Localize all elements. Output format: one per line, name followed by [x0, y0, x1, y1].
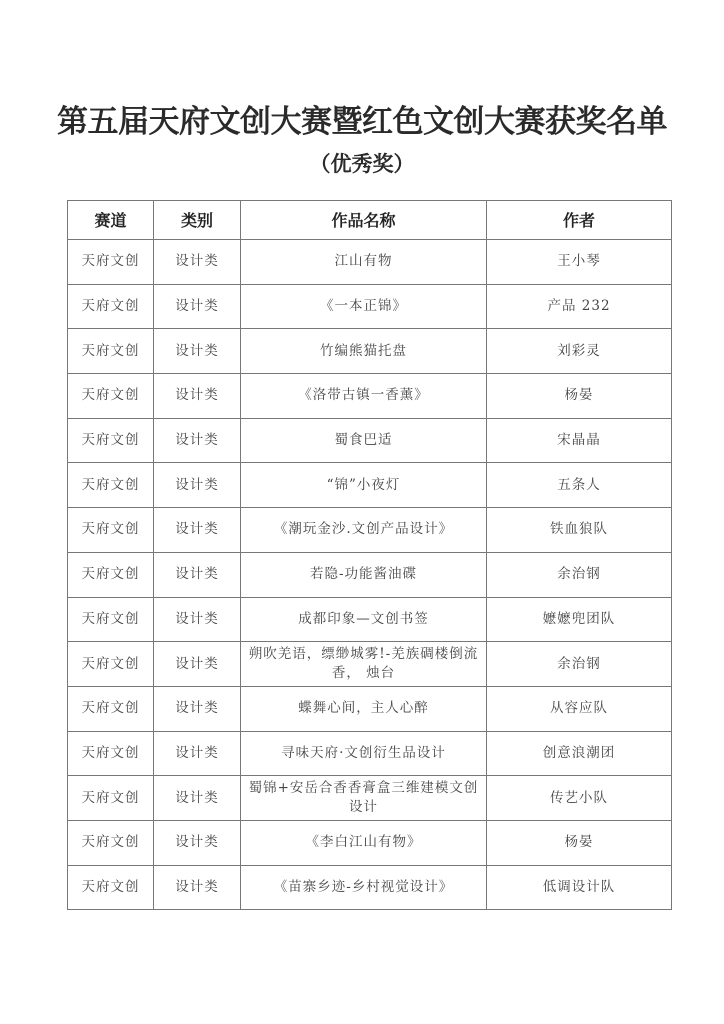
cell-work: “锦”小夜灯 [241, 463, 487, 508]
cell-author: 产品 232 [487, 284, 672, 329]
cell-category: 设计类 [154, 820, 241, 865]
cell-author: 余治钢 [487, 552, 672, 597]
page-subtitle: （优秀奖） [0, 148, 724, 178]
cell-work: 江山有物 [241, 240, 487, 285]
cell-work: 寻味天府·文创衍生品设计 [241, 731, 487, 776]
cell-category: 设计类 [154, 508, 241, 553]
table-row: 天府文创设计类朔吹羌语，缥缈城雾!-羌族碉楼倒流香， 烛台余治钢 [68, 642, 672, 687]
cell-author: 宋晶晶 [487, 418, 672, 463]
cell-category: 设计类 [154, 374, 241, 419]
table-row: 天府文创设计类《一本正锦》产品 232 [68, 284, 672, 329]
cell-work: 朔吹羌语，缥缈城雾!-羌族碉楼倒流香， 烛台 [241, 642, 487, 687]
cell-track: 天府文创 [68, 820, 154, 865]
table-header-row: 赛道 类别 作品名称 作者 [68, 201, 672, 240]
table-row: 天府文创设计类若隐-功能酱油碟余治钢 [68, 552, 672, 597]
header-author: 作者 [487, 201, 672, 240]
table-row: 天府文创设计类江山有物王小琴 [68, 240, 672, 285]
cell-category: 设计类 [154, 865, 241, 910]
cell-track: 天府文创 [68, 284, 154, 329]
cell-author: 从容应队 [487, 686, 672, 731]
cell-work: 蜀锦+安岳合香香膏盒三维建模文创设计 [241, 776, 487, 821]
table-row: 天府文创设计类寻味天府·文创衍生品设计创意浪潮团 [68, 731, 672, 776]
table-row: 天府文创设计类蜀食巴适宋晶晶 [68, 418, 672, 463]
cell-track: 天府文创 [68, 686, 154, 731]
table-row: 天府文创设计类《潮玩金沙.文创产品设计》铁血狼队 [68, 508, 672, 553]
cell-author: 铁血狼队 [487, 508, 672, 553]
table-row: 天府文创设计类蝶舞心间，主人心醉从容应队 [68, 686, 672, 731]
table-row: 天府文创设计类“锦”小夜灯五条人 [68, 463, 672, 508]
cell-work: 若隐-功能酱油碟 [241, 552, 487, 597]
cell-category: 设计类 [154, 418, 241, 463]
cell-author: 五条人 [487, 463, 672, 508]
cell-author: 嬷嬷兜团队 [487, 597, 672, 642]
awards-table: 赛道 类别 作品名称 作者 天府文创设计类江山有物王小琴天府文创设计类《一本正锦… [67, 200, 672, 910]
table-row: 天府文创设计类成都印象—文创书签嬷嬷兜团队 [68, 597, 672, 642]
cell-category: 设计类 [154, 284, 241, 329]
cell-category: 设计类 [154, 329, 241, 374]
table-row: 天府文创设计类《李白江山有物》杨晏 [68, 820, 672, 865]
header-category: 类别 [154, 201, 241, 240]
cell-author: 杨晏 [487, 374, 672, 419]
table-row: 天府文创设计类《洛带古镇一香薰》杨晏 [68, 374, 672, 419]
cell-work: 《一本正锦》 [241, 284, 487, 329]
cell-work: 成都印象—文创书签 [241, 597, 487, 642]
cell-category: 设计类 [154, 552, 241, 597]
table-row: 天府文创设计类《苗寨乡迹-乡村视觉设计》低调设计队 [68, 865, 672, 910]
header-track: 赛道 [68, 201, 154, 240]
cell-work: 《李白江山有物》 [241, 820, 487, 865]
cell-category: 设计类 [154, 463, 241, 508]
table-row: 天府文创设计类竹编熊猫托盘刘彩灵 [68, 329, 672, 374]
cell-track: 天府文创 [68, 865, 154, 910]
cell-track: 天府文创 [68, 374, 154, 419]
cell-category: 设计类 [154, 776, 241, 821]
cell-track: 天府文创 [68, 776, 154, 821]
cell-author: 王小琴 [487, 240, 672, 285]
cell-work: 竹编熊猫托盘 [241, 329, 487, 374]
cell-track: 天府文创 [68, 463, 154, 508]
cell-track: 天府文创 [68, 418, 154, 463]
cell-work: 蜀食巴适 [241, 418, 487, 463]
header-work: 作品名称 [241, 201, 487, 240]
cell-track: 天府文创 [68, 240, 154, 285]
cell-author: 传艺小队 [487, 776, 672, 821]
cell-author: 低调设计队 [487, 865, 672, 910]
cell-category: 设计类 [154, 597, 241, 642]
cell-track: 天府文创 [68, 329, 154, 374]
page-title: 第五届天府文创大赛暨红色文创大赛获奖名单 [0, 96, 724, 141]
table-row: 天府文创设计类蜀锦+安岳合香香膏盒三维建模文创设计传艺小队 [68, 776, 672, 821]
cell-author: 杨晏 [487, 820, 672, 865]
cell-work: 《洛带古镇一香薰》 [241, 374, 487, 419]
cell-track: 天府文创 [68, 552, 154, 597]
cell-category: 设计类 [154, 240, 241, 285]
cell-track: 天府文创 [68, 597, 154, 642]
cell-track: 天府文创 [68, 508, 154, 553]
cell-author: 余治钢 [487, 642, 672, 687]
cell-author: 创意浪潮团 [487, 731, 672, 776]
cell-category: 设计类 [154, 686, 241, 731]
cell-category: 设计类 [154, 731, 241, 776]
cell-work: 《潮玩金沙.文创产品设计》 [241, 508, 487, 553]
cell-category: 设计类 [154, 642, 241, 687]
cell-author: 刘彩灵 [487, 329, 672, 374]
cell-track: 天府文创 [68, 642, 154, 687]
cell-work: 《苗寨乡迹-乡村视觉设计》 [241, 865, 487, 910]
cell-work: 蝶舞心间，主人心醉 [241, 686, 487, 731]
cell-track: 天府文创 [68, 731, 154, 776]
